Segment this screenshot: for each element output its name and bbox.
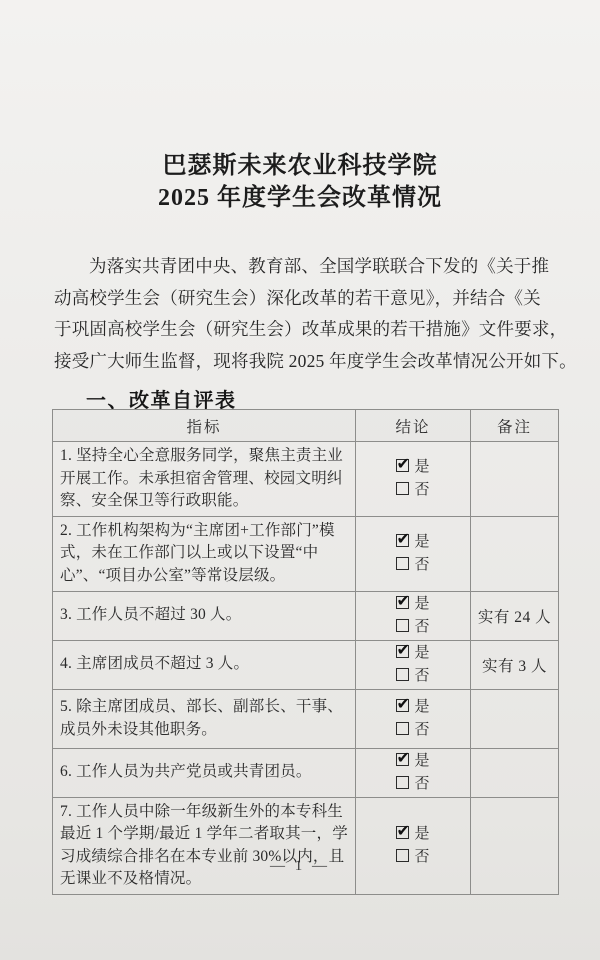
no-checkbox[interactable] (396, 619, 409, 632)
yes-checkbox[interactable] (396, 753, 409, 766)
indicator-cell: 5. 除主席团成员、部长、副部长、干事、成员外未设其他职务。 (53, 689, 356, 748)
remark-cell (471, 442, 559, 517)
header-indicator: 指标 (53, 410, 356, 442)
yes-checkbox[interactable] (396, 596, 409, 609)
conclusion-cell: 是 否 (356, 689, 471, 748)
yes-label: 是 (414, 459, 429, 475)
indicator-cell: 4. 主席团成员不超过 3 人。 (53, 640, 356, 689)
title-line-2: 2025 年度学生会改革情况 (0, 182, 600, 214)
remark-cell (471, 516, 559, 591)
conclusion-cell: 是 否 (356, 640, 471, 689)
conclusion-cell: 是 否 (356, 591, 471, 640)
no-label: 否 (414, 722, 429, 738)
yes-checkbox[interactable] (396, 645, 409, 658)
indicator-cell: 2. 工作机构架构为“主席团+工作部门”模式，未在工作部门以上或以下设置“中心”… (53, 516, 356, 591)
yes-checkbox[interactable] (396, 699, 409, 712)
conclusion-cell: 是 否 (356, 516, 471, 591)
table-row: 1. 坚持全心全意服务同学，聚焦主责主业开展工作。未承担宿舍管理、校园文明纠察、… (53, 442, 559, 517)
paragraph-line: 为落实共青团中央、教育部、全国学联联合下发的《关于推 (54, 251, 556, 283)
table-row: 7. 工作人员中除一年级新生外的本专科生最近 1 个学期/最近 1 学年二者取其… (53, 797, 559, 894)
remark-cell: 实有 24 人 (471, 591, 559, 640)
self-evaluation-table: 指标 结论 备注 1. 坚持全心全意服务同学，聚焦主责主业开展工作。未承担宿舍管… (52, 409, 559, 895)
document-title: 巴瑟斯未来农业科技学院 2025 年度学生会改革情况 (0, 150, 600, 214)
indicator-cell: 6. 工作人员为共产党员或共青团员。 (53, 748, 356, 797)
indicator-cell: 7. 工作人员中除一年级新生外的本专科生最近 1 个学期/最近 1 学年二者取其… (53, 797, 356, 894)
header-conclusion: 结论 (356, 410, 471, 442)
no-label: 否 (414, 482, 429, 498)
table-row: 4. 主席团成员不超过 3 人。 是 否 实有 3 人 (53, 640, 559, 689)
conclusion-cell: 是 否 (356, 748, 471, 797)
no-label: 否 (414, 776, 429, 792)
table-row: 3. 工作人员不超过 30 人。 是 否 实有 24 人 (53, 591, 559, 640)
paragraph-line: 于巩固高校学生会（研究生会）改革成果的若干措施》文件要求， (54, 314, 556, 346)
yes-label: 是 (414, 534, 429, 550)
remark-cell (471, 689, 559, 748)
header-remark: 备注 (471, 410, 559, 442)
no-checkbox[interactable] (396, 668, 409, 681)
table-row: 6. 工作人员为共产党员或共青团员。 是 否 (53, 748, 559, 797)
document-page: 巴瑟斯未来农业科技学院 2025 年度学生会改革情况 为落实共青团中央、教育部、… (0, 0, 600, 960)
conclusion-cell: 是 否 (356, 442, 471, 517)
no-label: 否 (414, 619, 429, 635)
indicator-cell: 3. 工作人员不超过 30 人。 (53, 591, 356, 640)
no-label: 否 (414, 668, 429, 684)
remark-cell (471, 797, 559, 894)
title-line-1: 巴瑟斯未来农业科技学院 (0, 150, 600, 182)
table-row: 2. 工作机构架构为“主席团+工作部门”模式，未在工作部门以上或以下设置“中心”… (53, 516, 559, 591)
no-checkbox[interactable] (396, 776, 409, 789)
table-row: 5. 除主席团成员、部长、副部长、干事、成员外未设其他职务。 是 否 (53, 689, 559, 748)
conclusion-cell: 是 否 (356, 797, 471, 894)
indicator-cell: 1. 坚持全心全意服务同学，聚焦主责主业开展工作。未承担宿舍管理、校园文明纠察、… (53, 442, 356, 517)
remark-cell (471, 748, 559, 797)
yes-label: 是 (414, 645, 429, 661)
yes-checkbox[interactable] (396, 459, 409, 472)
yes-label: 是 (414, 826, 429, 842)
intro-paragraph: 为落实共青团中央、教育部、全国学联联合下发的《关于推 动高校学生会（研究生会）深… (54, 251, 556, 377)
yes-label: 是 (414, 596, 429, 612)
yes-label: 是 (414, 699, 429, 715)
no-checkbox[interactable] (396, 722, 409, 735)
no-checkbox[interactable] (396, 482, 409, 495)
paragraph-line: 动高校学生会（研究生会）深化改革的若干意见》，并结合《关 (54, 283, 556, 315)
yes-checkbox[interactable] (396, 826, 409, 839)
remark-cell: 实有 3 人 (471, 640, 559, 689)
paragraph-line: 接受广大师生监督，现将我院 2025 年度学生会改革情况公开如下。 (54, 346, 556, 378)
yes-label: 是 (414, 753, 429, 769)
no-checkbox[interactable] (396, 557, 409, 570)
yes-checkbox[interactable] (396, 534, 409, 547)
page-number: — 1 — (0, 858, 600, 875)
no-label: 否 (414, 557, 429, 573)
table-header-row: 指标 结论 备注 (53, 410, 559, 442)
